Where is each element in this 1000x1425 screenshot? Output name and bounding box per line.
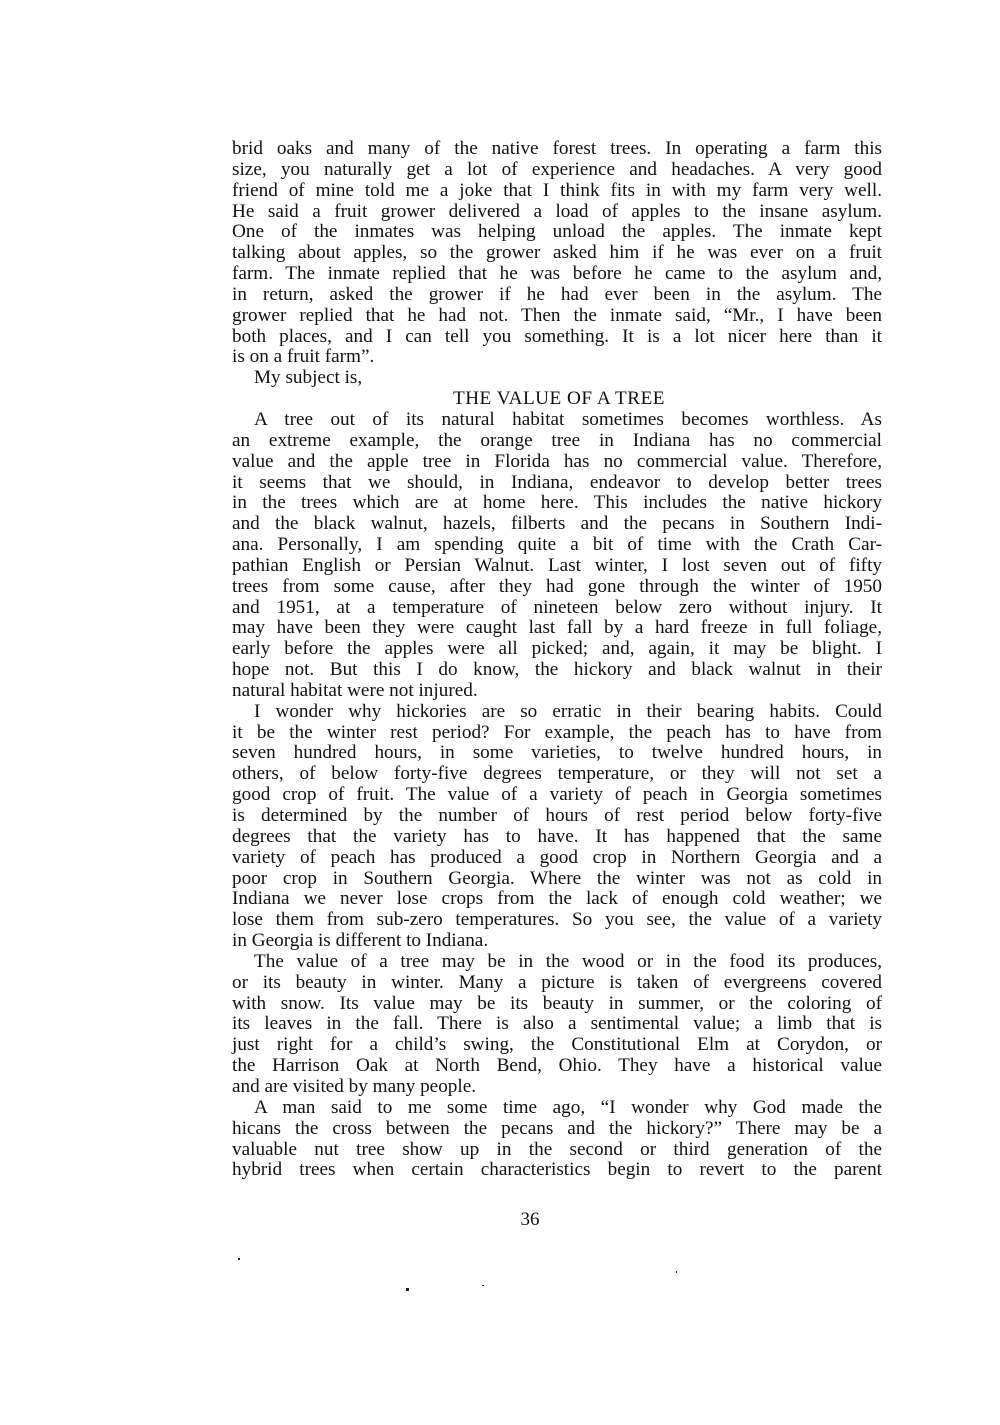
text-line: He said a fruit grower delivered a load … <box>232 202 882 223</box>
text-line: friend of mine told me a joke that I thi… <box>232 181 882 202</box>
text-line: in Georgia is different to Indiana. <box>232 931 882 952</box>
scan-speck <box>676 1271 677 1273</box>
paragraph-intro: brid oaks and many of the native forest … <box>232 139 882 368</box>
text-line: The value of a tree may be in the wood o… <box>232 952 882 973</box>
text-line: size, you naturally get a lot of experie… <box>232 160 882 181</box>
paragraph-hicans: A man said to me some time ago, “I wonde… <box>232 1098 882 1181</box>
text-line: or its beauty in winter. Many a picture … <box>232 973 882 994</box>
text-line: My subject is, <box>232 368 882 389</box>
text-line: natural habitat were not injured. <box>232 681 882 702</box>
text-line: and the black walnut, hazels, filberts a… <box>232 514 882 535</box>
text-line: degrees that the variety has to have. It… <box>232 827 882 848</box>
text-line: its leaves in the fall. There is also a … <box>232 1014 882 1035</box>
text-line: may have been they were caught last fall… <box>232 618 882 639</box>
scan-speck <box>238 1258 240 1260</box>
text-line: brid oaks and many of the native forest … <box>232 139 882 160</box>
text-line: both places, and I can tell you somethin… <box>232 327 882 348</box>
text-line: poor crop in Southern Georgia. Where the… <box>232 869 882 890</box>
paragraph-habitat: A tree out of its natural habitat someti… <box>232 410 882 702</box>
text-line: grower replied that he had not. Then the… <box>232 306 882 327</box>
text-line: lose them from sub-zero temperatures. So… <box>232 910 882 931</box>
text-line: others, of below forty-five degrees temp… <box>232 764 882 785</box>
text-line: seven hundred hours, in some varieties, … <box>232 743 882 764</box>
page-number: 36 <box>0 1209 1000 1231</box>
paragraph-value: The value of a tree may be in the wood o… <box>232 952 882 1098</box>
text-line: A man said to me some time ago, “I wonde… <box>232 1098 882 1119</box>
text-line: is on a fruit farm”. <box>232 347 882 368</box>
text-line: farm. The inmate replied that he was bef… <box>232 264 882 285</box>
text-line: and 1951, at a temperature of nineteen b… <box>232 598 882 619</box>
document-page: brid oaks and many of the native forest … <box>232 139 882 1181</box>
text-line: hicans the cross between the pecans and … <box>232 1119 882 1140</box>
text-line: and are visited by many people. <box>232 1077 882 1098</box>
paragraph-hickories: I wonder why hickories are so erratic in… <box>232 702 882 952</box>
scan-speck <box>406 1288 409 1291</box>
text-line: Indiana we never lose crops from the lac… <box>232 889 882 910</box>
text-line: an extreme example, the orange tree in I… <box>232 431 882 452</box>
text-line: value and the apple tree in Florida has … <box>232 452 882 473</box>
text-line: pathian English or Persian Walnut. Last … <box>232 556 882 577</box>
text-line: hybrid trees when certain characteristic… <box>232 1160 882 1181</box>
text-line: good crop of fruit. The value of a varie… <box>232 785 882 806</box>
text-line: talking about apples, so the grower aske… <box>232 243 882 264</box>
text-line: early before the apples were all picked;… <box>232 639 882 660</box>
text-line: ana. Personally, I am spending quite a b… <box>232 535 882 556</box>
section-heading: THE VALUE OF A TREE <box>232 389 882 410</box>
text-line: just right for a child’s swing, the Cons… <box>232 1035 882 1056</box>
text-line: hope not. But this I do know, the hickor… <box>232 660 882 681</box>
text-line: in the trees which are at home here. Thi… <box>232 493 882 514</box>
text-line: with snow. Its value may be its beauty i… <box>232 994 882 1015</box>
text-line: A tree out of its natural habitat someti… <box>232 410 882 431</box>
text-line: valuable nut tree show up in the second … <box>232 1140 882 1161</box>
paragraph-subject: My subject is, <box>232 368 882 389</box>
scan-speck <box>482 1285 484 1286</box>
text-line: One of the inmates was helping unload th… <box>232 222 882 243</box>
text-line: the Harrison Oak at North Bend, Ohio. Th… <box>232 1056 882 1077</box>
text-line: I wonder why hickories are so erratic in… <box>232 702 882 723</box>
text-line: it seems that we should, in Indiana, end… <box>232 473 882 494</box>
text-line: it be the winter rest period? For exampl… <box>232 723 882 744</box>
text-line: variety of peach has produced a good cro… <box>232 848 882 869</box>
text-line: trees from some cause, after they had go… <box>232 577 882 598</box>
text-line: in return, asked the grower if he had ev… <box>232 285 882 306</box>
text-line: is determined by the number of hours of … <box>232 806 882 827</box>
